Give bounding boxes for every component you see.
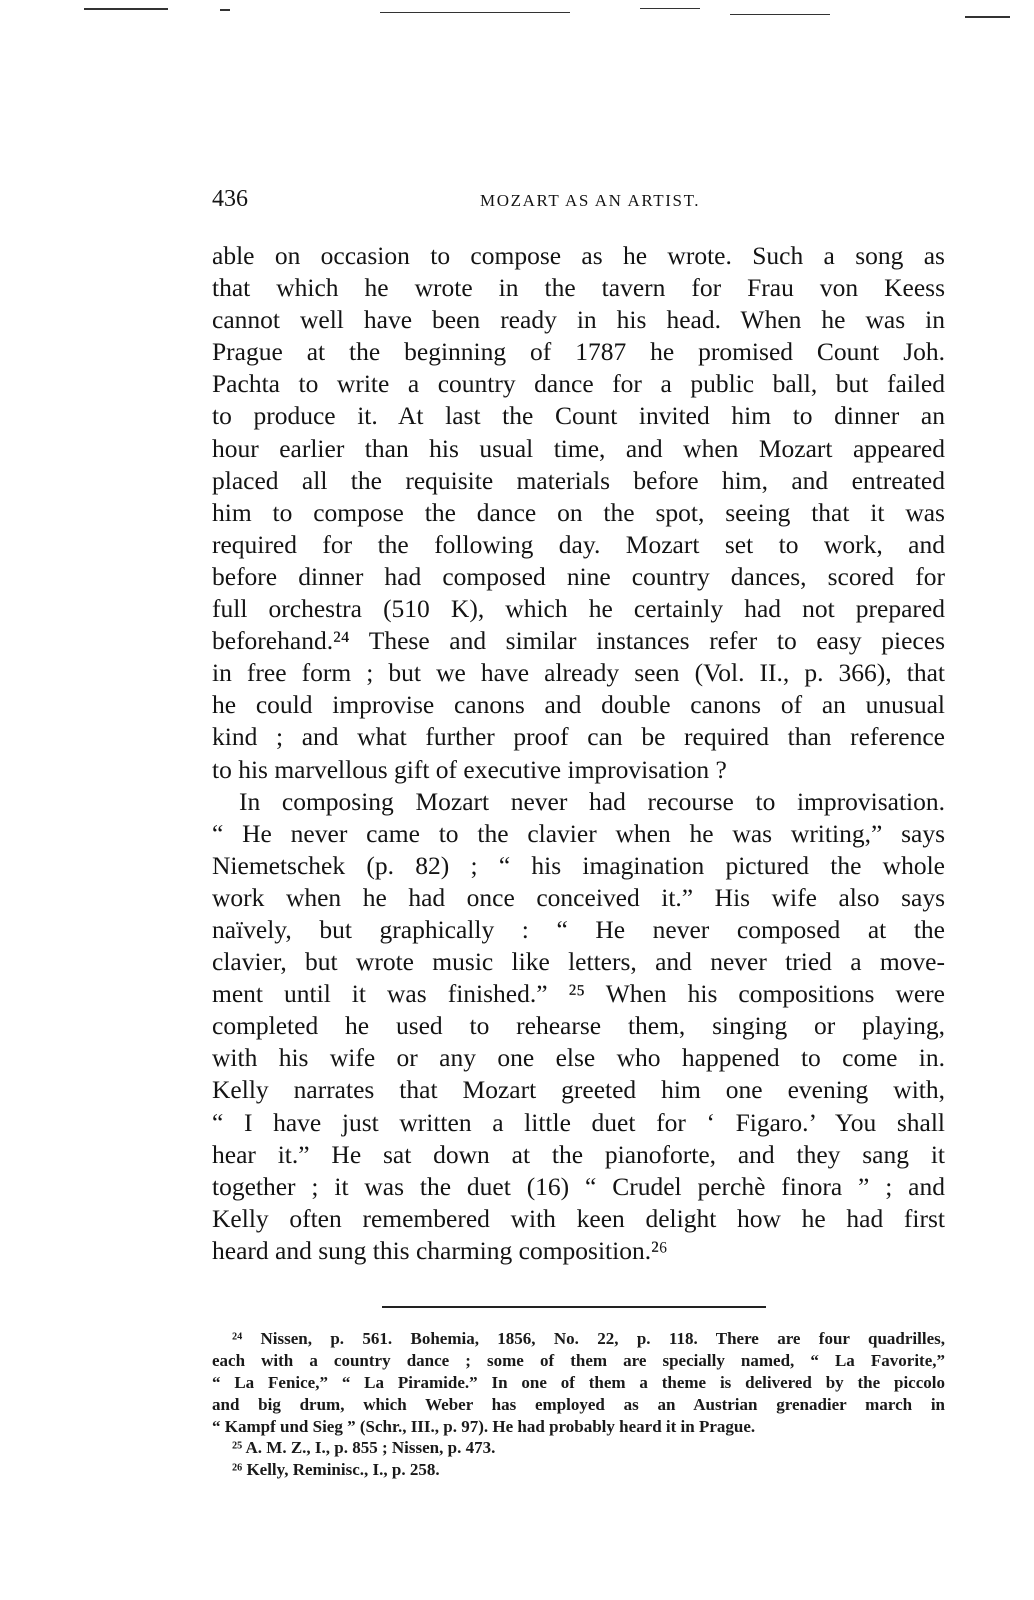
text-line: Pachta to write a country dance for a pu… [212,368,945,400]
footnote-26: ²⁶ Kelly, Reminisc., I., p. 258. [212,1459,945,1481]
text-line: work when he had once conceived it.” His… [212,882,945,914]
page-number: 436 [212,186,248,213]
text-line: completed he used to rehearse them, sing… [212,1010,945,1042]
text-line: “ He never came to the clavier when he w… [212,818,945,850]
text-line: together ; it was the duet (16) “ Crudel… [212,1171,945,1203]
paragraph-end-line: heard and sung this charming composition… [212,1235,945,1267]
running-head: MOZART AS AN ARTIST. [480,191,700,211]
text-line: beforehand.²⁴ These and similar instance… [212,625,945,657]
footnote-line: each with a country dance ; some of them… [212,1350,945,1372]
text-line: with his wife or any one else who happen… [212,1042,945,1074]
footnote-line: “ La Fenice,” “ La Piramide.” In one of … [212,1372,945,1394]
text-line: Prague at the beginning of 1787 he promi… [212,336,945,368]
text-line: kind ; and what further proof can be req… [212,721,945,753]
text-line: cannot well have been ready in his head.… [212,304,945,336]
footnote-24: ²⁴ Nissen, p. 561. Bohemia, 1856, No. 22… [212,1328,945,1350]
text-line: Kelly narrates that Mozart greeted him o… [212,1074,945,1106]
text-line: him to compose the dance on the spot, se… [212,497,945,529]
text-line: Niemetschek (p. 82) ; “ his imagination … [212,850,945,882]
text-line: ment until it was finished.” ²⁵ When his… [212,978,945,1010]
text-line: required for the following day. Mozart s… [212,529,945,561]
scan-artifacts [0,0,1034,30]
paragraph-start-line: In composing Mozart never had recourse t… [212,786,945,818]
footnotes: ²⁴ Nissen, p. 561. Bohemia, 1856, No. 22… [212,1328,945,1481]
body-text: able on occasion to compose as he wrote.… [212,240,945,1267]
text-line: that which he wrote in the tavern for Fr… [212,272,945,304]
text-line: clavier, but wrote music like letters, a… [212,946,945,978]
text-line: Kelly often remembered with keen delight… [212,1203,945,1235]
footnote-separator [382,1306,766,1308]
text-line: full orchestra (510 K), which he certain… [212,593,945,625]
paragraph-end-line: to his marvellous gift of executive impr… [212,754,945,786]
footnote-line: and big drum, which Weber has employed a… [212,1394,945,1416]
text-line: placed all the requisite materials befor… [212,465,945,497]
text-line: before dinner had composed nine country … [212,561,945,593]
text-line: to produce it. At last the Count invited… [212,400,945,432]
text-line: hour earlier than his usual time, and wh… [212,433,945,465]
text-line: able on occasion to compose as he wrote.… [212,240,945,272]
text-line: naïvely, but graphically : “ He never co… [212,914,945,946]
text-line: “ I have just written a little duet for … [212,1107,945,1139]
footnote-25: ²⁵ A. M. Z., I., p. 855 ; Nissen, p. 473… [212,1437,945,1459]
footnote-line: “ Kampf und Sieg ” (Schr., III., p. 97).… [212,1416,945,1438]
text-line: in free form ; but we have already seen … [212,657,945,689]
text-line: hear it.” He sat down at the pianoforte,… [212,1139,945,1171]
text-line: he could improvise canons and double can… [212,689,945,721]
page-header: 436 MOZART AS AN ARTIST. [212,186,945,220]
